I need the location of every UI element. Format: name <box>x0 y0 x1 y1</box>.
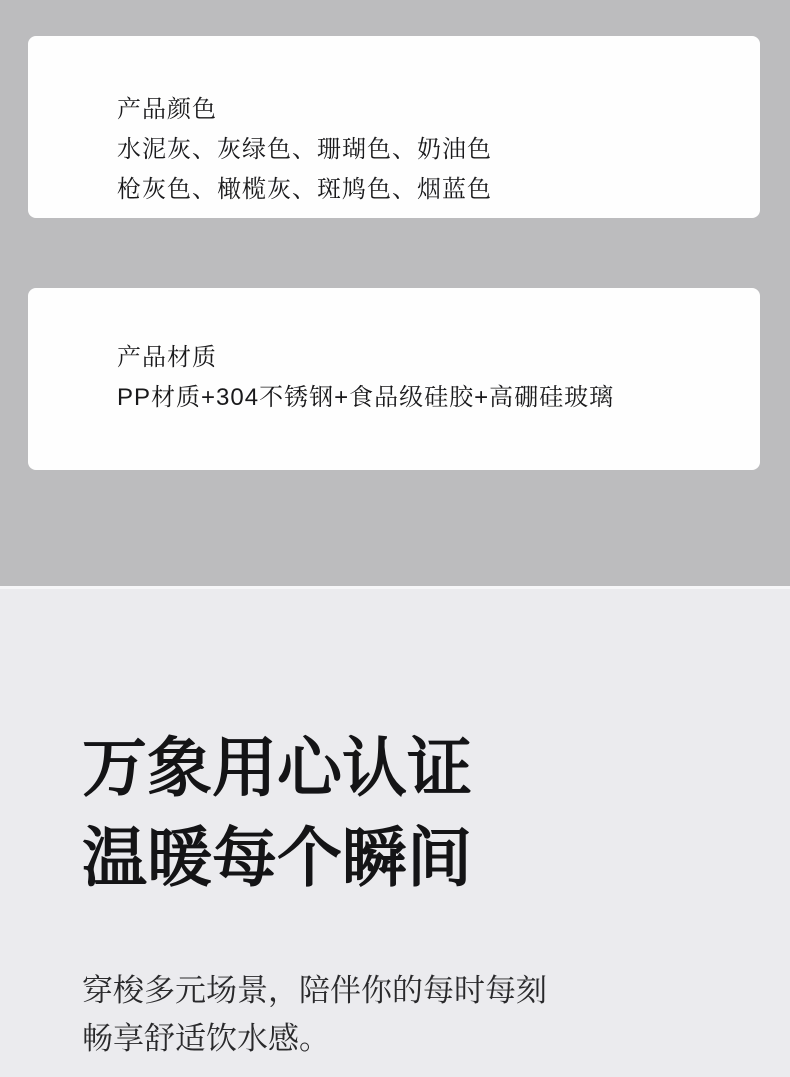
hero-heading: 万象用心认证 温暖每个瞬间 <box>82 723 472 903</box>
product-color-card: 产品颜色 水泥灰、灰绿色、珊瑚色、奶油色 枪灰色、橄榄灰、斑鸠色、烟蓝色 <box>28 36 760 218</box>
hero-subtitle-line-2: 畅享舒适饮水感。 <box>82 1015 547 1063</box>
product-specs-section: 产品颜色 水泥灰、灰绿色、珊瑚色、奶油色 枪灰色、橄榄灰、斑鸠色、烟蓝色 产品材… <box>0 0 790 586</box>
hero-heading-line-2: 温暖每个瞬间 <box>82 813 472 903</box>
hero-subtitle-line-1: 穿梭多元场景，陪伴你的每时每刻 <box>82 967 547 1015</box>
brand-promise-section: 万象用心认证 温暖每个瞬间 穿梭多元场景，陪伴你的每时每刻 畅享舒适饮水感。 <box>0 586 790 1077</box>
product-color-line-2: 枪灰色、橄榄灰、斑鸠色、烟蓝色 <box>117 170 760 210</box>
product-material-line-1: PP材质+304不锈钢+食品级硅胶+高硼硅玻璃 <box>117 378 760 418</box>
product-color-title: 产品颜色 <box>117 90 760 130</box>
product-detail-page: 产品颜色 水泥灰、灰绿色、珊瑚色、奶油色 枪灰色、橄榄灰、斑鸠色、烟蓝色 产品材… <box>0 0 790 1077</box>
hero-subtitle: 穿梭多元场景，陪伴你的每时每刻 畅享舒适饮水感。 <box>82 967 547 1063</box>
product-material-title: 产品材质 <box>117 338 760 378</box>
product-color-line-1: 水泥灰、灰绿色、珊瑚色、奶油色 <box>117 130 760 170</box>
hero-heading-line-1: 万象用心认证 <box>82 723 472 813</box>
product-material-card: 产品材质 PP材质+304不锈钢+食品级硅胶+高硼硅玻璃 <box>28 288 760 470</box>
